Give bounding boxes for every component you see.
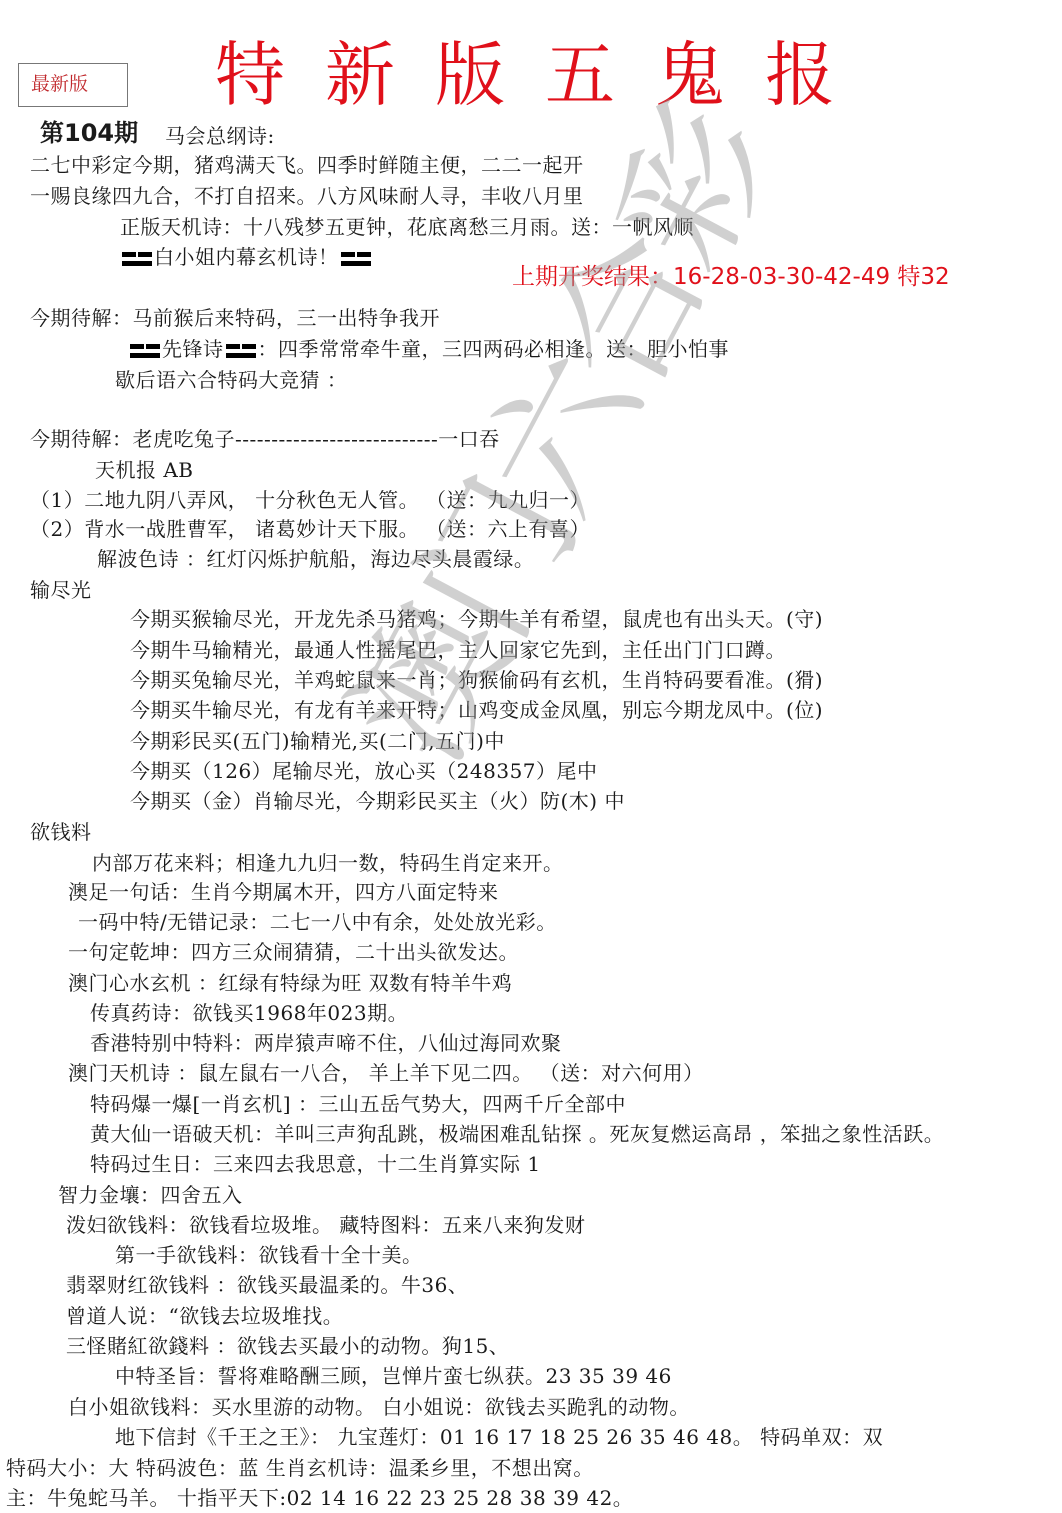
text-line: 今期买兔输尽光，羊鸡蛇鼠来一肖；狗猴偷码有玄机，生肖特码要看准。(猾) [130,668,823,692]
title-char: 特 [215,30,285,120]
text-line: 翡翠财红欲钱料 ：欲钱买最温柔的。牛36、 [66,1273,468,1297]
text-line: 今期彩民买(五门)输精光,买(二门,五门)中 [130,729,505,753]
text-line: 智力金壤：四舍五入 [58,1183,243,1207]
text-line: 澳门心水玄机 ：红绿有特绿为旺 双数有特羊牛鸡 [68,971,512,995]
text-line: 正版天机诗：十八残梦五更钟，花底离愁三月雨。送：一帆风顺 [120,215,694,239]
text-line: 一句定乾坤：四方三众闹猜猜，二十出头欲发达。 [68,940,519,964]
text-line: 输尽光 [30,578,92,602]
text-line: 香港特别中特料：两岸猿声啼不住，八仙过海同欢聚 [90,1031,562,1055]
poem-title: 白小姐内幕玄机诗！ [154,245,339,269]
text-line: 内部万花来料；相逢九九归一数，特码生肖定来开。 [92,851,564,875]
text-line: 今期牛马输精光，最通人性摇尾巴，主人回家它先到，主任出门门口蹲。 [130,638,786,662]
text-line: 特码过生日：三来四去我思意，十二生肖算实际 1 [90,1152,541,1176]
trigram-icon [122,252,152,266]
title-char: 五 [545,30,615,120]
text-line: 泼妇欲钱料：欲钱看垃圾堆。 藏特图料：五来八来狗发财 [66,1213,585,1237]
text-line: 第一手欲钱料：欲钱看十全十美。 [115,1243,423,1267]
text-line: 一赐良缘四九合，不打自招来。八方风味耐人寻，丰收八月里 [30,184,584,208]
pioneer-label: 先锋诗 [162,337,224,361]
text-line: （1）二地九阴八弄风， 十分秋色无人管。 （送：九九归一） [30,488,590,512]
trigram-icon [226,344,256,358]
text-line: 特码大小：大 特码波色：蓝 生肖玄机诗：温柔乡里，不想出窝。 [6,1456,594,1480]
last-draw-result: 上期开奖结果：16-28-03-30-42-49 特32 [512,262,950,292]
text-line: 澳足一句话：生肖今期属木开，四方八面定特来 [68,880,499,904]
title-char: 鬼 [655,30,725,120]
trigram-icon [130,344,160,358]
text-line: 主：牛兔蛇马羊。 十指平天下:02 14 16 22 23 25 28 38 3… [6,1486,633,1510]
text-line: 传真药诗：欲钱买1968年023期。 [90,1001,408,1025]
text-line: 今期买牛输尽光，有龙有羊来开特；山鸡变成金凤凰，别忘今期龙凤中。(位) [130,698,823,722]
title-char: 报 [765,30,835,120]
pioneer-poem-line: 先锋诗：四季常常牵牛童，三四两码必相逢。送：胆小怕事 [128,337,729,361]
text-line: 今期买猴输尽光，开龙先杀马猪鸡；今期牛羊有希望，鼠虎也有出头天。(守) [130,607,823,631]
title-char: 新 [325,30,395,120]
text-line: 曾道人说：“欲钱去垃圾堆找。 [66,1304,343,1328]
text-line: 地下信封《千王之王》： 九宝莲灯：01 16 17 18 25 26 35 46… [115,1425,883,1449]
text-line: 澳门天机诗 ：鼠左鼠右一八合， 羊上羊下见二四。 （送：对六何用） [68,1061,704,1085]
text-line: 中特圣旨：誓将难略酬三顾，岂惮片蛮七纵获。23 35 39 46 [115,1364,672,1388]
text-line: 歇后语六合特码大竞猜 ： [115,368,347,392]
trigram-icon [341,252,371,266]
page-title: 特新版五鬼报 [215,30,875,120]
issue-subtitle: 马会总纲诗: [165,124,275,148]
text-line: 欲钱料 [30,820,92,844]
pioneer-text: ：四季常常牵牛童，三四两码必相逢。送：胆小怕事 [258,337,730,361]
text-line: （2）背水一战胜曹军， 诸葛妙计天下服。 （送：六上有喜） [30,517,590,541]
text-line: 今期待解：老虎吃兔子----------------------------一口… [30,427,500,451]
text-line: 黄大仙一语破天机：羊叫三声狗乱跳，极端困难乱钻探 。死灰复燃运高昂 ，笨拙之象性… [90,1122,944,1146]
title-char: 版 [435,30,505,120]
text-line: 三怪賭紅欲錢料 ：欲钱去买最小的动物。狗15、 [66,1334,509,1358]
text-line: 今期待解：马前猴后来特码，三一出特争我开 [30,306,440,330]
latest-edition-badge: 最新版 [18,63,128,107]
issue-number: 第104期 [40,118,138,148]
text-line: 今期买（金）肖输尽光，今期彩民买主（火）防(木) 中 [130,789,625,813]
text-line: 解波色诗 ：红灯闪烁护航船，海边尽头晨霞绿。 [97,547,534,571]
text-line: 特码爆一爆[一肖玄机] ：三山五岳气势大，四两千斤全部中 [90,1092,626,1116]
text-line: 天机报 AB [95,458,194,482]
poem-title-line: 白小姐内幕玄机诗！ [120,245,373,269]
text-line: 白小姐欲钱料：买水里游的动物。 白小姐说：欲钱去买跪乳的动物。 [68,1395,690,1419]
text-line: 一码中特/无错记录：二七一八中有余，处处放光彩。 [78,910,557,934]
text-line: 二七中彩定今期，猪鸡满天飞。四季时鲜随主便，二二一起开 [30,153,584,177]
text-line: 今期买（126）尾输尽光，放心买（248357）尾中 [130,759,598,783]
